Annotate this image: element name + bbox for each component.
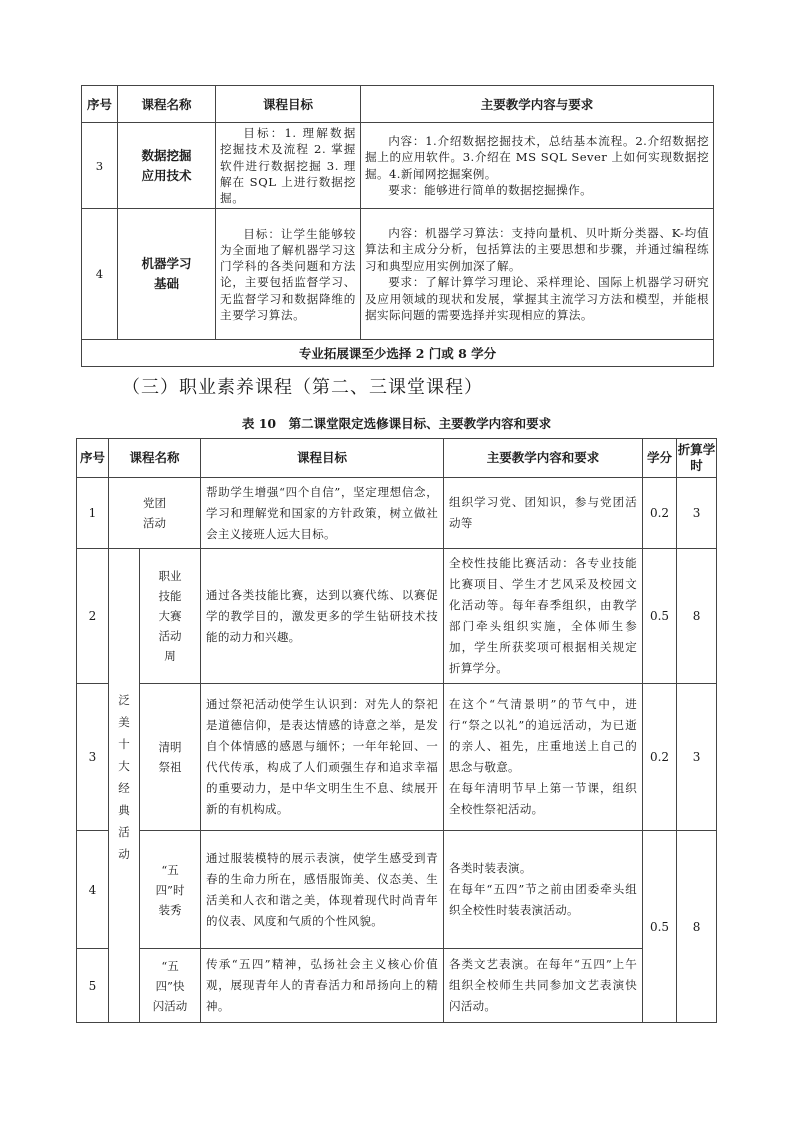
row-content: 组织学习党、团知识，参与党团活动等 — [444, 478, 643, 549]
content-paragraph: 内容：1.介绍数据挖掘技术，总结基本流程。2.介绍数据挖掘上的应用软件。3.介绍… — [365, 133, 709, 183]
table-row: 4 机器学习基础 目标：让学生能够较为全面地了解机器学习这门学科的各类问题和方法… — [82, 209, 714, 340]
header-course-goal: 课程目标 — [201, 439, 444, 478]
row-content: 各类时装表演。 在每年“五四”节之前由团委牵头组织全校性时装表演活动。 — [444, 831, 643, 949]
row-seq: 2 — [77, 549, 109, 684]
row-seq: 4 — [82, 209, 118, 340]
header-hours: 折算学时 — [677, 439, 717, 478]
schedule-paragraph: 在每年清明节早上第一节课，组织全校性祭祀活动。 — [449, 778, 637, 820]
course-table-professional-extension: 序号 课程名称 课程目标 主要教学内容与要求 3 数据挖掘应用技术 目标：1. … — [81, 85, 714, 367]
table-footer-row: 专业拓展课至少选择 2 门或 8 学分 — [82, 340, 714, 367]
row-course-name: 机器学习基础 — [118, 209, 216, 340]
row-seq: 1 — [77, 478, 109, 549]
content-paragraph: 各类时装表演。 — [449, 858, 637, 879]
schedule-paragraph: 在每年“五四”节之前由团委牵头组织全校性时装表演活动。 — [449, 879, 637, 921]
row-seq: 3 — [82, 123, 118, 209]
credit-requirement-note: 专业拓展课至少选择 2 门或 8 学分 — [82, 340, 714, 367]
table-header-row: 序号 课程名称 课程目标 主要教学内容和要求 学分 折算学时 — [77, 439, 717, 478]
header-course-goal: 课程目标 — [216, 86, 361, 123]
row-credit: 0.2 — [643, 478, 677, 549]
content-paragraph: 在这个“气清景明”的节气中，进行“祭之以礼”的追远活动，为已逝的亲人、祖先，庄重… — [449, 694, 637, 778]
row-seq: 4 — [77, 831, 109, 949]
requirement-paragraph: 要求：了解计算学习理论、采样理论、国际上机器学习研究及应用领域的现状和发展，掌握… — [365, 274, 709, 324]
table-row: 5 “五四”快闪活动 传承“五四”精神，弘扬社会主义核心价值观，展现青年人的青春… — [77, 949, 717, 1023]
row-course-name: 清明祭祖 — [140, 684, 201, 831]
header-credit: 学分 — [643, 439, 677, 478]
row-goal: 目标：让学生能够较为全面地了解机器学习这门学科的各类问题和方法论，主要包括监督学… — [216, 209, 361, 340]
header-content: 主要教学内容和要求 — [444, 439, 643, 478]
header-content: 主要教学内容与要求 — [361, 86, 714, 123]
row-hours: 8 — [677, 549, 717, 684]
row-content: 在这个“气清景明”的节气中，进行“祭之以礼”的追远活动，为已逝的亲人、祖先，庄重… — [444, 684, 643, 831]
row-course-name: “五四”快闪活动 — [140, 949, 201, 1023]
table-row: 4 “五四”时装秀 通过服装模特的展示表演，使学生感受到青春的生命力所在，感悟服… — [77, 831, 717, 949]
content-paragraph: 内容：机器学习算法：支持向量机、贝叶斯分类器、K-均值算法和主成分分析，包括算法… — [365, 225, 709, 275]
row-course-name: 党团活动 — [109, 478, 201, 549]
row-credit: 0.2 — [643, 684, 677, 831]
row-goal: 帮助学生增强“四个自信”，坚定理想信念，学习和理解党和国家的方针政策，树立做社会… — [201, 478, 444, 549]
row-credit: 0.5 — [643, 549, 677, 684]
header-course-name: 课程名称 — [118, 86, 216, 123]
row-hours: 3 — [677, 478, 717, 549]
row-course-name: “五四”时装秀 — [140, 831, 201, 949]
activity-group-label: 泛美十大经典活动 — [109, 549, 140, 1023]
row-content: 各类文艺表演。在每年“五四”上午组织全校师生共同参加文艺表演快闪活动。 — [444, 949, 643, 1023]
table-row: 3 数据挖掘应用技术 目标：1. 理解数据挖掘技术及流程 2. 掌握软件进行数据… — [82, 123, 714, 209]
row-content: 内容：1.介绍数据挖掘技术，总结基本流程。2.介绍数据挖掘上的应用软件。3.介绍… — [361, 123, 714, 209]
row-seq: 5 — [77, 949, 109, 1023]
row-goal: 通过祭祀活动使学生认识到：对先人的祭祀是道德信仰，是表达情感的诗意之举，是发自个… — [201, 684, 444, 831]
table-row: 2 泛美十大经典活动 职业技能大赛活动周 通过各类技能比赛，达到以赛代练、以赛促… — [77, 549, 717, 684]
table-header-row: 序号 课程名称 课程目标 主要教学内容与要求 — [82, 86, 714, 123]
header-course-name: 课程名称 — [109, 439, 201, 478]
row-credit: 0.5 — [643, 831, 677, 1023]
row-goal: 通过服装模特的展示表演，使学生感受到青春的生命力所在，感悟服饰美、仪态美、生活美… — [201, 831, 444, 949]
row-course-name: 职业技能大赛活动周 — [140, 549, 201, 684]
row-content: 内容：机器学习算法：支持向量机、贝叶斯分类器、K-均值算法和主成分分析，包括算法… — [361, 209, 714, 340]
row-hours: 8 — [677, 831, 717, 1023]
table-row: 3 清明祭祖 通过祭祀活动使学生认识到：对先人的祭祀是道德信仰，是表达情感的诗意… — [77, 684, 717, 831]
table-row: 1 党团活动 帮助学生增强“四个自信”，坚定理想信念，学习和理解党和国家的方针政… — [77, 478, 717, 549]
header-seq: 序号 — [82, 86, 118, 123]
row-seq: 3 — [77, 684, 109, 831]
section-title: （三）职业素养课程（第二、三课堂课程） — [122, 373, 483, 399]
row-content: 全校性技能比赛活动：各专业技能比赛项目、学生才艺风采及校园文化活动等。每年春季组… — [444, 549, 643, 684]
row-course-name: 数据挖掘应用技术 — [118, 123, 216, 209]
row-goal: 目标：1. 理解数据挖掘技术及流程 2. 掌握软件进行数据挖掘 3. 理解在 S… — [216, 123, 361, 209]
row-hours: 3 — [677, 684, 717, 831]
header-seq: 序号 — [77, 439, 109, 478]
row-goal: 通过各类技能比赛，达到以赛代练、以赛促学的教学目的，激发更多的学生钻研技术技能的… — [201, 549, 444, 684]
requirement-paragraph: 要求：能够进行简单的数据挖掘操作。 — [365, 182, 709, 199]
course-table-second-classroom: 序号 课程名称 课程目标 主要教学内容和要求 学分 折算学时 1 党团活动 帮助… — [76, 438, 717, 1023]
table-caption: 表 10 第二课堂限定选修课目标、主要教学内容和要求 — [0, 414, 793, 432]
row-goal: 传承“五四”精神，弘扬社会主义核心价值观，展现青年人的青春活力和昂扬向上的精神。 — [201, 949, 444, 1023]
